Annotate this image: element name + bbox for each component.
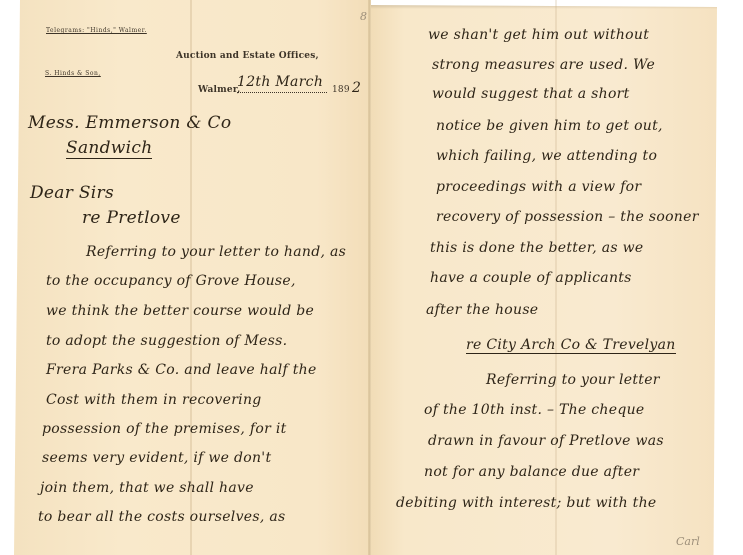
catchword: Carl <box>676 535 700 548</box>
letterhead-place: Walmer, <box>198 85 240 95</box>
letter-date: 12th March <box>237 74 327 93</box>
addressee-line-1: Mess. Emmerson & Co <box>28 113 231 133</box>
body-line: seems very evident, if we don't <box>42 450 271 466</box>
body-line: Referring to your letter <box>486 372 660 388</box>
body-line: not for any balance due after <box>424 464 639 480</box>
body-line: have a couple of applicants <box>430 270 632 286</box>
center-fold <box>368 0 371 555</box>
pencil-mark: 8 <box>360 10 367 23</box>
body-line: strong measures are used. We <box>432 57 655 73</box>
letterhead-telegrams: Telegrams: "Hinds," Walmer. <box>46 27 147 34</box>
body-line: drawn in favour of Pretlove was <box>428 433 664 449</box>
body-line: Frera Parks & Co. and leave half the <box>46 362 317 378</box>
addressee-line-2: Sandwich <box>66 138 152 159</box>
letterhead-year-printed: 189 <box>332 85 350 95</box>
body-line: after the house <box>426 302 538 318</box>
letterhead-firm: S. Hinds & Son, <box>45 70 101 77</box>
subject-line: re Pretlove <box>82 208 181 228</box>
letterhead-year-handwritten: 2 <box>352 80 361 96</box>
body-line: we think the better course would be <box>46 303 314 319</box>
body-line: this is done the better, as we <box>430 240 643 256</box>
body-line: which failing, we attending to <box>436 148 657 164</box>
subject-line-2: re City Arch Co & Trevelyan <box>466 337 676 354</box>
body-line: of the 10th inst. – The cheque <box>424 402 645 418</box>
body-line: possession of the premises, for it <box>42 421 287 437</box>
body-line: recovery of possession – the sooner <box>436 209 699 225</box>
body-line: join them, that we shall have <box>40 480 254 496</box>
body-line: to adopt the suggestion of Mess. <box>46 333 287 349</box>
body-line: to bear all the costs ourselves, as <box>38 509 285 525</box>
letterhead-offices: Auction and Estate Offices, <box>176 51 319 61</box>
body-line: Referring to your letter to hand, as <box>86 244 346 260</box>
body-line: Cost with them in recovering <box>46 392 262 408</box>
body-line: would suggest that a short <box>432 86 630 102</box>
body-line: proceedings with a view for <box>436 179 641 195</box>
body-line: notice be given him to get out, <box>436 118 663 134</box>
salutation: Dear Sirs <box>30 183 114 203</box>
letter-scan: Telegrams: "Hinds," Walmer. S. Hinds & S… <box>0 0 743 555</box>
body-line: we shan't get him out without <box>428 27 649 43</box>
body-line: to the occupancy of Grove House, <box>46 273 296 289</box>
body-line: debiting with interest; but with the <box>396 495 656 511</box>
